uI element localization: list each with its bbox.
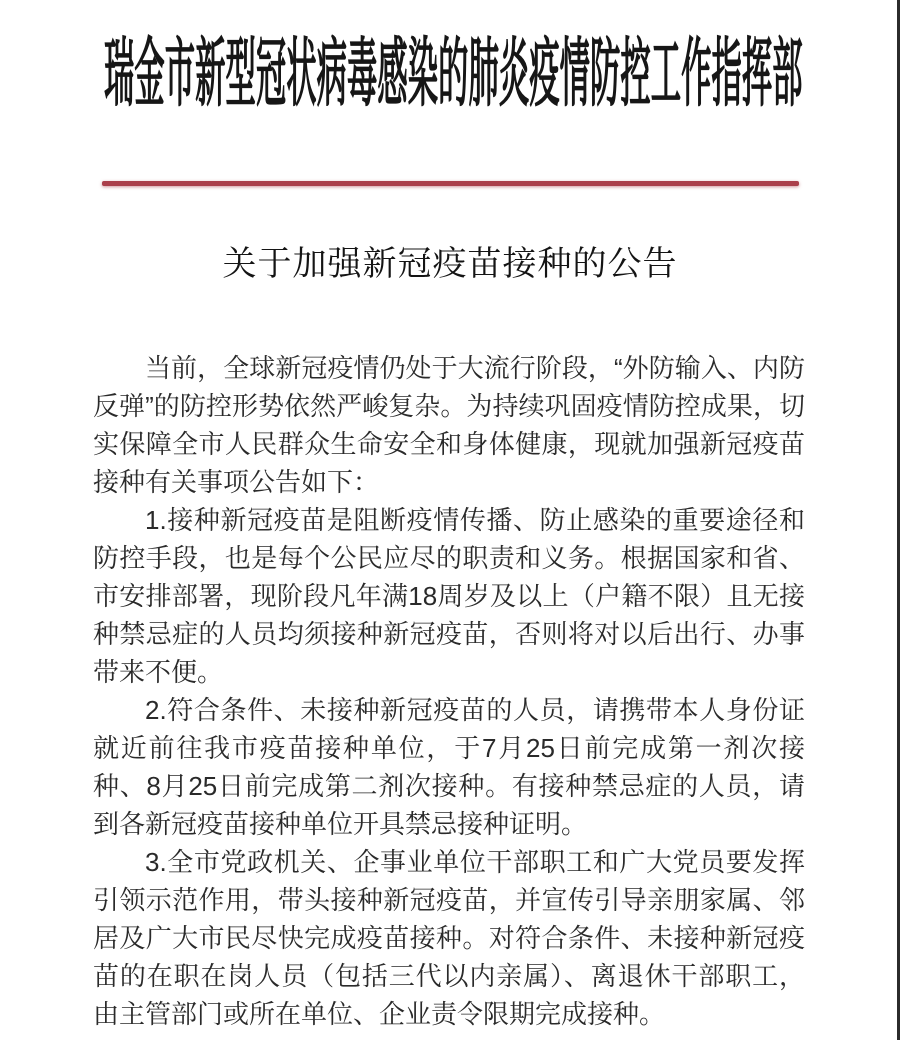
announcement-title: 关于加强新冠疫苗接种的公告 (0, 242, 900, 286)
letterhead: 瑞金市新型冠状病毒感染的肺炎疫情防控工作指挥部 (0, 0, 900, 125)
paragraph-item-1: 1.接种新冠疫苗是阻断疫情传播、防止感染的重要途径和防控手段，也是每个公民应尽的… (93, 501, 805, 691)
org-name: 瑞金市新型冠状病毒感染的肺炎疫情防控工作指挥部 (104, 30, 803, 116)
red-divider-line (102, 181, 799, 186)
announcement-page: 瑞金市新型冠状病毒感染的肺炎疫情防控工作指挥部 关于加强新冠疫苗接种的公告 当前… (0, 0, 900, 1040)
announcement-body: 当前，全球新冠疫情仍处于大流行阶段，“外防输入、内防反弹”的防控形势依然严峻复杂… (93, 349, 805, 1033)
paragraph-item-3: 3.全市党政机关、企事业单位干部职工和广大党员要发挥引领示范作用，带头接种新冠疫… (93, 843, 805, 1033)
paragraph-item-2: 2.符合条件、未接种新冠疫苗的人员，请携带本人身份证就近前往我市疫苗接种单位，于… (93, 691, 805, 843)
paragraph-intro: 当前，全球新冠疫情仍处于大流行阶段，“外防输入、内防反弹”的防控形势依然严峻复杂… (93, 349, 805, 501)
